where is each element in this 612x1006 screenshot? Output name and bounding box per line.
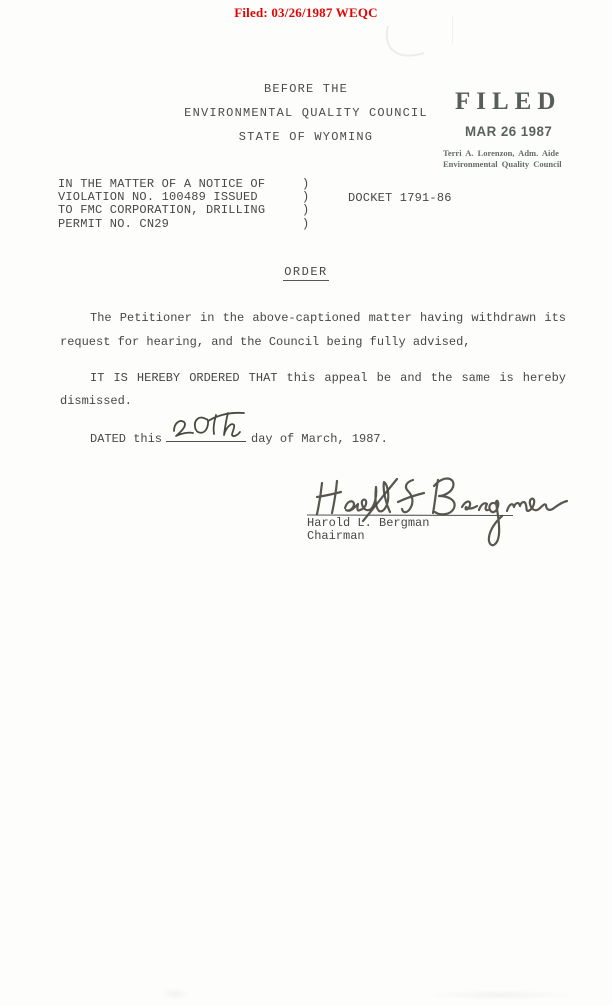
scan-curl-artifact: [370, 20, 450, 70]
caption-brackets: ) ) ) ): [302, 178, 309, 231]
filed-stamp-title: FILED: [455, 88, 612, 116]
typed-signature-block: Harold L. Bergman Chairman: [307, 517, 429, 543]
efiling-header: Filed: 03/26/1987 WEQC: [0, 5, 612, 21]
filed-stamp: FILED MAR 26 1987 Terri A. Lorenzon, Adm…: [440, 88, 612, 170]
scanned-order-page: Filed: 03/26/1987 WEQC BEFORE THE ENVIRO…: [0, 0, 612, 1006]
caption-bracket: ): [302, 218, 309, 231]
caption-bracket: ): [302, 204, 309, 217]
caption-line: TO FMC CORPORATION, DRILLING: [58, 204, 265, 217]
filed-stamp-date: MAR 26 1987: [465, 123, 605, 139]
case-caption: IN THE MATTER OF A NOTICE OF VIOLATION N…: [58, 178, 265, 231]
dated-line: DATED this day of March, 1987.: [90, 430, 388, 446]
handwritten-day: [166, 409, 250, 443]
scan-smudge: [420, 990, 580, 1000]
filed-stamp-office: Environmental Quality Council: [443, 159, 612, 170]
docket-number: DOCKET 1791-86: [348, 191, 452, 205]
body-paragraph1-line1: The Petitioner in the above-captioned ma…: [60, 311, 566, 325]
scan-line-artifact: [452, 16, 453, 44]
scan-smudge: [160, 988, 190, 1000]
body-paragraph2-line2: dismissed.: [60, 394, 566, 408]
body-paragraph1-line2: request for hearing, and the Council bei…: [60, 335, 566, 349]
order-title-row: ORDER: [0, 262, 612, 280]
signature-handwriting: [295, 467, 580, 559]
body-paragraph2-line1: IT IS HEREBY ORDERED THAT this appeal be…: [60, 371, 566, 385]
dated-suffix: day of March, 1987.: [251, 432, 388, 446]
caption-line: PERMIT NO. CN29: [58, 218, 265, 231]
dated-day-blank: [166, 430, 246, 442]
order-title: ORDER: [283, 265, 329, 281]
filed-stamp-clerk: Terri A. Lorenzon, Adm. Aide: [443, 148, 612, 159]
dated-prefix: DATED this: [90, 432, 162, 446]
typed-signer-title: Chairman: [307, 530, 429, 543]
